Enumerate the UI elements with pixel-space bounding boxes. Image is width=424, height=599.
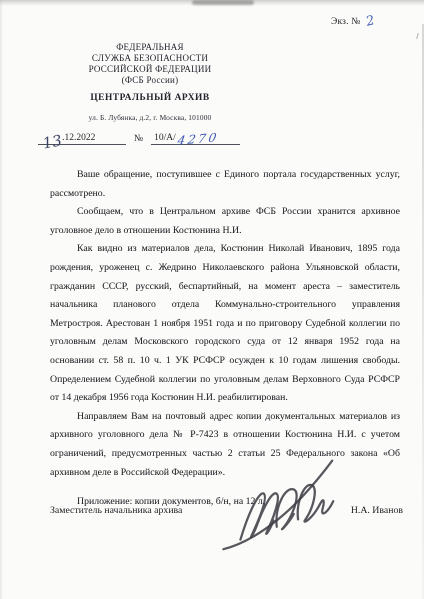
paragraph: Направляем Вам на почтовый адрес копии д… (50, 408, 400, 482)
scan-smudge (192, 0, 254, 5)
paragraph: Ваше обращение, поступившее с Единого по… (50, 166, 400, 203)
org-name-line: СЛУЖБА БЕЗОПАСНОСТИ (48, 53, 252, 64)
scan-edge-left (0, 0, 3, 599)
number-prefix: 10/А/ (154, 133, 176, 144)
date-field: 13 .12.2022 (38, 124, 126, 145)
handwritten-day: 13 (42, 134, 63, 149)
letterhead: ФЕДЕРАЛЬНАЯ СЛУЖБА БЕЗОПАСНОСТИ РОССИЙСК… (48, 42, 252, 122)
org-name-line: (ФСБ России) (48, 75, 252, 86)
scanned-letter-page: Экз. № 2 ФЕДЕРАЛЬНАЯ СЛУЖБА БЕЗОПАСНОСТИ… (0, 0, 424, 599)
handwritten-number: 4270 (176, 132, 219, 146)
org-name-line: ФЕДЕРАЛЬНАЯ (48, 42, 252, 53)
copy-number-line: Экз. № 2 (331, 13, 374, 28)
number-sign: № (134, 134, 143, 144)
copy-label: Экз. № (331, 17, 361, 27)
signer-name: Н.А. Иванов (351, 505, 403, 516)
signature-row: Заместитель начальника архива Н.А. Ивано… (50, 505, 403, 516)
outgoing-number-field: 10/А/ 4270 (151, 124, 240, 145)
printed-date: .12.2022 (62, 133, 95, 144)
org-name-line: РОССИЙСКОЙ ФЕДЕРАЦИИ (48, 64, 252, 75)
signer-title: Заместитель начальника архива (50, 505, 182, 516)
reference-line: 13 .12.2022 № 10/А/ 4270 (38, 124, 240, 145)
scan-tick-mark (416, 33, 418, 39)
org-address: ул. Б. Лубянка, д.2, г. Москва, 101000 (48, 113, 252, 122)
letter-body: Ваше обращение, поступившее с Единого по… (50, 166, 400, 512)
copy-number-handwritten: 2 (365, 13, 377, 30)
paragraph: Как видно из материалов дела, Костюнин Н… (50, 240, 400, 407)
department-name: ЦЕНТРАЛЬНЫЙ АРХИВ (48, 93, 252, 103)
paragraph: Сообщаем, что в Центральном архиве ФСБ Р… (50, 203, 400, 240)
